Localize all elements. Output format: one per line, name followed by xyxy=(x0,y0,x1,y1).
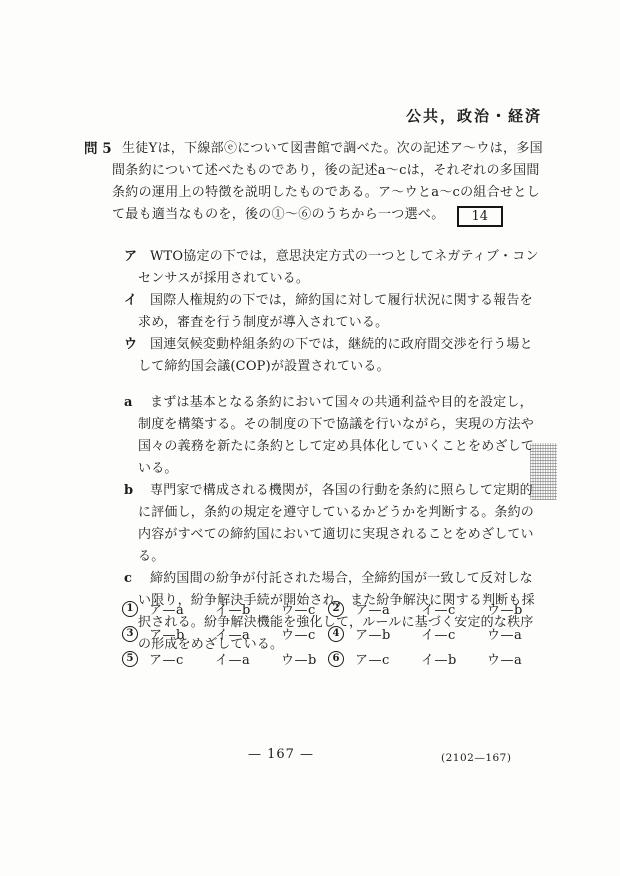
answer-number-box: 14 xyxy=(457,206,504,227)
option-pair: ウ—a xyxy=(487,624,522,643)
option-4: 4 ア—b イ—c ウ—a xyxy=(328,624,534,643)
options-row-2: 3 ア—b イ—a ウ—c 4 ア—b イ—c ウ—a xyxy=(122,621,562,646)
statement-text: 専門家で構成される機関が，各国の行動を条約に照らして定期的に評価し，条約の規定を… xyxy=(138,480,544,568)
option-number-circle: 6 xyxy=(328,651,344,667)
option-pair: ウ—b xyxy=(281,649,317,668)
option-pair: イ—c xyxy=(421,599,487,618)
option-2: 2 ア—a イ—c ウ—b xyxy=(328,599,534,618)
print-code: (2102—167) xyxy=(441,752,511,764)
statement-text: 国連気候変動枠組条約の下では，継続的に政府間交渉を行う場として締約国会議(COP… xyxy=(138,334,544,378)
statement-text: まずは基本となる条約において国々の共通利益や目的を設定し，制度を構築する。その制… xyxy=(138,392,544,480)
statement-text: 国際人権規約の下では，締約国に対して履行状況に関する報告を求め，審査を行う制度が… xyxy=(138,290,544,334)
option-pair: イ—a xyxy=(215,624,281,643)
option-number-circle: 3 xyxy=(122,626,138,642)
option-number-circle: 4 xyxy=(328,626,344,642)
print-smudge xyxy=(530,443,557,500)
option-1: 1 ア—a イ—b ウ—c xyxy=(122,599,328,618)
option-pair: ア—c xyxy=(149,649,215,668)
option-pair: ウ—c xyxy=(281,624,316,643)
option-5: 5 ア—c イ—a ウ—b xyxy=(122,649,328,668)
option-pair: イ—a xyxy=(215,649,281,668)
option-pair: ア—a xyxy=(149,599,215,618)
option-number-circle: 5 xyxy=(122,651,138,667)
option-pair: ア—c xyxy=(355,649,421,668)
answer-options: 1 ア—a イ—b ウ—c 2 ア—a イ—c ウ—b 3 ア—b イ—a ウ—… xyxy=(122,596,562,671)
option-pair: イ—c xyxy=(421,624,487,643)
option-pair: ア—b xyxy=(149,624,215,643)
statement-text: WTO協定の下では，意思決定方式の一つとしてネガティブ・コンセンサスが採用されて… xyxy=(138,246,544,290)
statement-i: イ 国際人権規約の下では，締約国に対して履行状況に関する報告を求め，審査を行う制… xyxy=(124,290,544,334)
option-3: 3 ア—b イ—a ウ—c xyxy=(122,624,328,643)
option-pair: ア—b xyxy=(355,624,421,643)
option-6: 6 ア—c イ—b ウ—a xyxy=(328,649,534,668)
exam-page: 公共，政治・経済 問 5 生徒Yは，下線部ⓔについて図書館で調べた。次の記述ア～… xyxy=(0,0,620,876)
options-row-1: 1 ア—a イ—b ウ—c 2 ア—a イ—c ウ—b xyxy=(122,596,562,621)
option-pair: イ—b xyxy=(215,599,281,618)
option-pair: ア—a xyxy=(355,599,421,618)
statement-b-latin: b 専門家で構成される機関が，各国の行動を条約に照らして定期的に評価し，条約の規… xyxy=(124,480,544,568)
question-block: 問 5 生徒Yは，下線部ⓔについて図書館で調べた。次の記述ア～ウは，多国間条約に… xyxy=(84,138,544,227)
option-number-circle: 2 xyxy=(328,601,344,617)
option-number-circle: 1 xyxy=(122,601,138,617)
option-pair: ウ—b xyxy=(487,599,523,618)
exam-subject-title: 公共，政治・経済 xyxy=(406,105,542,126)
question-text: 生徒Yは，下線部ⓔについて図書館で調べた。次の記述ア～ウは，多国間条約について述… xyxy=(112,138,544,227)
option-pair: ウ—a xyxy=(487,649,522,668)
statement-u: ウ 国連気候変動枠組条約の下では，継続的に政府間交渉を行う場として締約国会議(C… xyxy=(124,334,544,378)
treaty-statements-group: ア WTO協定の下では，意思決定方式の一つとしてネガティブ・コンセンサスが採用さ… xyxy=(124,246,544,378)
options-row-3: 5 ア—c イ—a ウ—b 6 ア—c イ—b ウ—a xyxy=(122,646,562,671)
statement-a-latin: a まずは基本となる条約において国々の共通利益や目的を設定し，制度を構築する。そ… xyxy=(124,392,544,480)
option-pair: イ—b xyxy=(421,649,487,668)
option-pair: ウ—c xyxy=(281,599,316,618)
statement-a: ア WTO協定の下では，意思決定方式の一つとしてネガティブ・コンセンサスが採用さ… xyxy=(124,246,544,290)
